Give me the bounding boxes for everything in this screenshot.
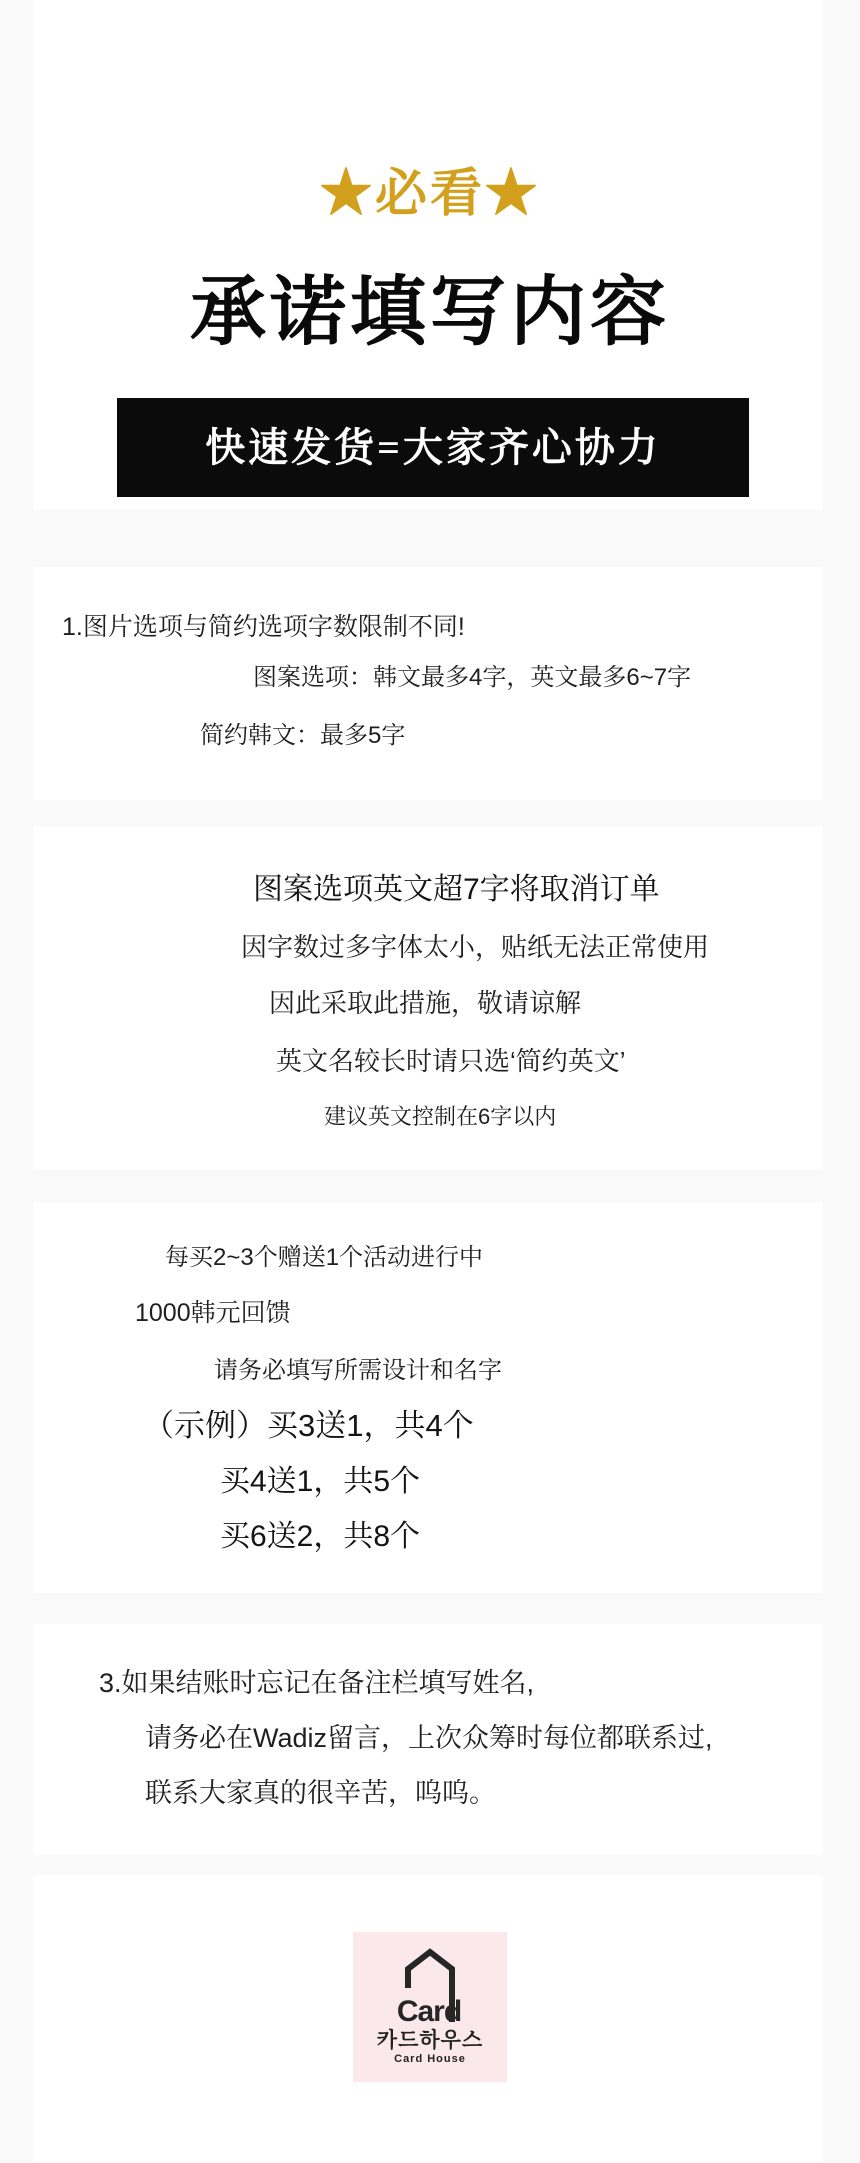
english-limit-line-5: 建议英文控制在6字以内	[324, 1103, 556, 1131]
english-limit-line-3: 因此采取此措施，敬请谅解	[269, 987, 581, 1020]
promo-poster: ★必看★ 承诺填写内容 快速发货=大家齐心协力 1.图片选项与简约选项字数限制不…	[0, 0, 860, 2163]
word-limit-line-3: 简约韩文：最多5字	[200, 721, 405, 751]
checkout-line-1: 3.如果结账时忘记在备注栏填写姓名,	[99, 1667, 534, 1701]
promo-example-line-1: （示例）买3送1，共4个	[143, 1407, 474, 1446]
promo-line-1: 每买2~3个赠送1个活动进行中	[165, 1243, 483, 1273]
logo-english-name: Card House	[353, 2052, 507, 2066]
word-limit-line-2: 图案选项：韩文最多4字，英文最多6~7字	[253, 663, 691, 693]
card-house-logo: Card 카드하우스 Card House	[353, 1932, 507, 2082]
promo-line-2: 1000韩元回馈	[135, 1298, 291, 1329]
word-limit-line-1: 1.图片选项与简约选项字数限制不同!	[62, 612, 465, 643]
english-limit-line-4: 英文名较长时请只选‘简约英文’	[276, 1045, 626, 1078]
fast-shipping-banner-text: 快速发货=大家齐心协力	[117, 398, 749, 497]
must-read-eyebrow: ★必看★	[0, 163, 860, 227]
checkout-line-3: 联系大家真的很辛苦，呜呜。	[145, 1777, 496, 1811]
promo-line-3: 请务必填写所需设计和名字	[214, 1356, 502, 1386]
checkout-line-2: 请务必在Wadiz留言，上次众筹时每位都联系过,	[145, 1722, 713, 1756]
page-title: 承诺填写内容	[0, 268, 860, 358]
english-limit-line-2: 因字数过多字体太小，贴纸无法正常使用	[241, 931, 709, 964]
house-icon: Card	[398, 1945, 462, 2035]
fast-shipping-banner: 快速发货=大家齐心协力	[117, 398, 749, 497]
logo-brand-text: Card	[398, 1995, 461, 2028]
promo-example-line-2: 买4送1，共5个	[220, 1463, 420, 1501]
promo-example-line-3: 买6送2，共8个	[220, 1518, 420, 1556]
logo-korean-name: 카드하우스	[353, 2029, 507, 2053]
english-limit-line-1: 图案选项英文超7字将取消订单	[253, 871, 660, 909]
